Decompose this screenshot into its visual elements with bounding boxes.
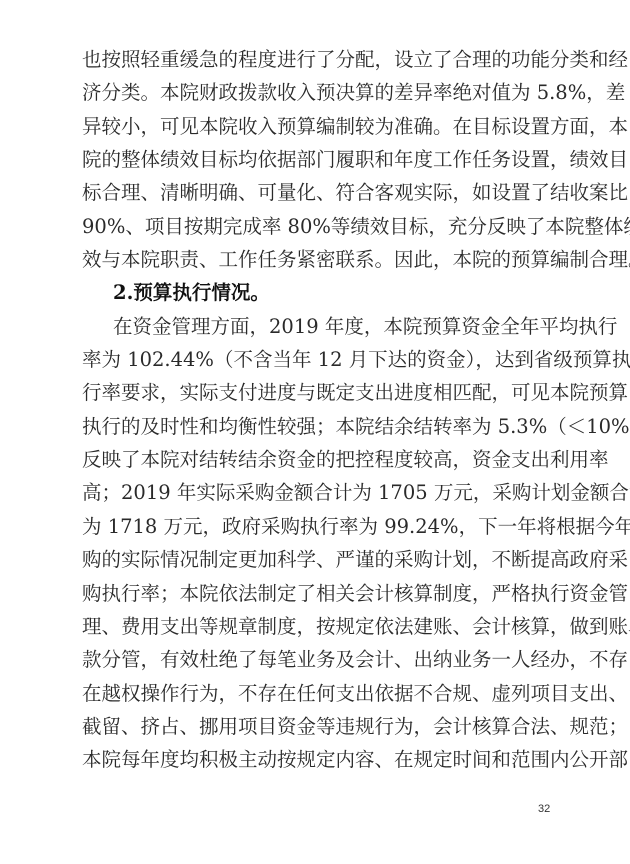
paragraph-line: 标合理、清晰明确、可量化、符合客观实际，如设置了结收案比 [82, 176, 548, 209]
paragraph-line: 也按照轻重缓急的程度进行了分配，设立了合理的功能分类和经 [82, 43, 548, 76]
paragraph-line: 济分类。本院财政拨款收入预决算的差异率绝对值为 5.8%，差 [82, 76, 548, 109]
paragraph-line: 购执行率；本院依法制定了相关会计核算制度，严格执行资金管 [82, 577, 548, 610]
page-number: 32 [538, 803, 550, 815]
paragraph-line: 款分管，有效杜绝了每笔业务及会计、出纳业务一人经办，不存 [82, 643, 548, 676]
body-text: 也按照轻重缓急的程度进行了分配，设立了合理的功能分类和经 济分类。本院财政拨款收… [82, 43, 552, 777]
paragraph-line: 购的实际情况制定更加科学、严谨的采购计划，不断提高政府采 [82, 543, 548, 576]
paragraph-line: 为 1718 万元，政府采购执行率为 99.24%，下一年将根据今年采 [82, 510, 548, 543]
document-page: 也按照轻重缓急的程度进行了分配，设立了合理的功能分类和经 济分类。本院财政拨款收… [0, 0, 630, 864]
paragraph-line: 截留、挤占、挪用项目资金等违规行为，会计核算合法、规范； [82, 710, 548, 743]
paragraph-line: 效与本院职责、工作任务紧密联系。因此，本院的预算编制合理。 [82, 243, 548, 276]
paragraph-line: 反映了本院对结转结余资金的把控程度较高，资金支出利用率 [82, 443, 548, 476]
paragraph-line: 执行的及时性和均衡性较强；本院结余结转率为 5.3%（＜10%）， [82, 410, 548, 443]
section-heading: 2.预算执行情况。 [82, 276, 548, 309]
paragraph-line: 在越权操作行为，不存在任何支出依据不合规、虚列项目支出、 [82, 677, 548, 710]
paragraph-line: 高；2019 年实际采购金额合计为 1705 万元，采购计划金额合计 [82, 476, 548, 509]
paragraph-line: 异较小，可见本院收入预算编制较为准确。在目标设置方面，本 [82, 110, 548, 143]
paragraph-line: 90%、项目按期完成率 80%等绩效目标，充分反映了本院整体绩 [82, 210, 548, 243]
paragraph-line: 率为 102.44%（不含当年 12 月下达的资金），达到省级预算执 [82, 343, 548, 376]
paragraph-line: 在资金管理方面，2019 年度，本院预算资金全年平均执行 [82, 310, 548, 343]
paragraph-line: 院的整体绩效目标均依据部门履职和年度工作任务设置，绩效目 [82, 143, 548, 176]
paragraph-line: 本院每年度均积极主动按规定内容、在规定时间和范围内公开部 [82, 743, 548, 776]
paragraph-line: 行率要求，实际支付进度与既定支出进度相匹配，可见本院预算 [82, 376, 548, 409]
paragraph-line: 理、费用支出等规章制度，按规定依法建账、会计核算，做到账、 [82, 610, 548, 643]
